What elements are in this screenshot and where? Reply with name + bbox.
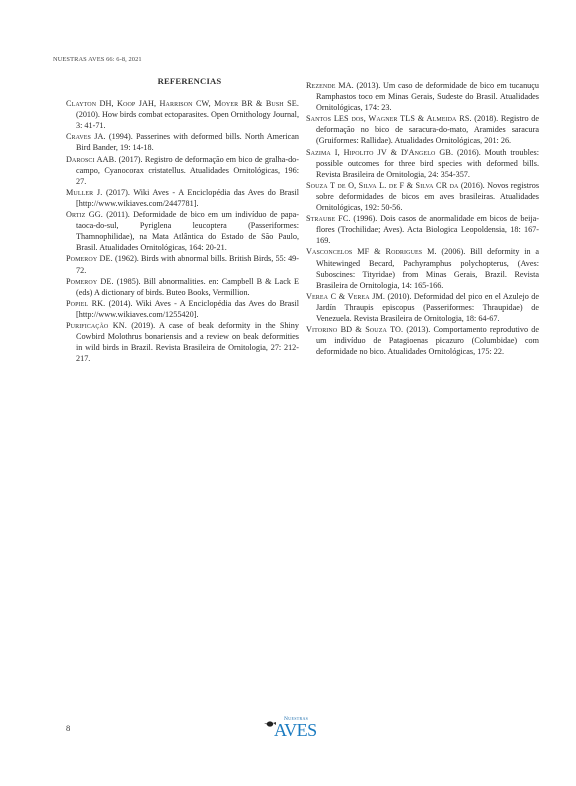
reference-entry: Pomeroy DE. (1962). Birds with abnormal …	[66, 253, 299, 275]
reference-authors: Santos LES dos, Wagner TLS & Almeida RS.	[306, 114, 472, 123]
reference-text: (2017). Wiki Aves - A Enciclopédia das A…	[76, 188, 299, 208]
reference-entry: Verea C & Verea JM. (2010). Deformidad d…	[306, 291, 539, 324]
reference-authors: Purificação KN.	[66, 321, 127, 330]
reference-entry: Vasconcelos MF & Rodrigues M. (2006). Bi…	[306, 246, 539, 290]
reference-authors: Verea C & Verea JM.	[306, 292, 385, 301]
reference-entry: Craves JA. (1994). Passerines with defor…	[66, 131, 299, 153]
reference-entry: Sazima I, Hipolito JV & D'Angelo GB. (20…	[306, 147, 539, 180]
reference-authors: Darosci AAB.	[66, 155, 116, 164]
reference-entry: Pomeroy DE. (1985). Bill abnormalities. …	[66, 276, 299, 298]
reference-text: (2014). Wiki Aves - A Enciclopédia das A…	[76, 299, 299, 319]
reference-entry: Santos LES dos, Wagner TLS & Almeida RS.…	[306, 113, 539, 146]
reference-authors: Sazima I, Hipolito JV & D'Angelo GB.	[306, 148, 453, 157]
reference-entry: Straube FC. (1996). Dois casos de anorma…	[306, 213, 539, 246]
logo-aves-text: AVES	[274, 720, 317, 741]
reference-authors: Straube FC.	[306, 214, 351, 223]
reference-text: (1994). Passerines with deformed bills. …	[76, 132, 299, 152]
reference-list-left: Clayton DH, Koop JAH, Harrison CW, Moyer…	[66, 98, 299, 364]
section-heading: REFERENCIAS	[66, 76, 299, 87]
reference-authors: Pomeroy DE.	[66, 254, 113, 263]
reference-authors: Souza T de O, Silva L. de F & Silva CR d…	[306, 181, 459, 190]
reference-text: (2011). Deformidade de bico em um indiví…	[76, 210, 299, 252]
reference-entry: Ortiz GG. (2011). Deformidade de bico em…	[66, 209, 299, 253]
references-column-left: REFERENCIAS Clayton DH, Koop JAH, Harris…	[66, 76, 299, 364]
reference-text: (2010). How birds combat ectoparasites. …	[76, 110, 299, 130]
page-number: 8	[66, 723, 70, 733]
reference-entry: Rezende MA. (2013). Um caso de deformida…	[306, 80, 539, 113]
reference-authors: Rezende MA.	[306, 81, 354, 90]
reference-authors: Pomeroy DE.	[66, 277, 114, 286]
reference-authors: Craves JA.	[66, 132, 106, 141]
reference-entry: Clayton DH, Koop JAH, Harrison CW, Moyer…	[66, 98, 299, 131]
reference-entry: Purificação KN. (2019). A case of beak d…	[66, 320, 299, 364]
references-column-right: Rezende MA. (2013). Um caso de deformida…	[306, 80, 539, 357]
reference-entry: Souza T de O, Silva L. de F & Silva CR d…	[306, 180, 539, 213]
reference-authors: Popiel RK.	[66, 299, 105, 308]
reference-authors: Vitorino BD & Souza TO.	[306, 325, 403, 334]
reference-authors: Vasconcelos MF & Rodrigues M.	[306, 247, 437, 256]
reference-authors: Clayton DH, Koop JAH, Harrison CW, Moyer…	[66, 99, 299, 108]
reference-list-right: Rezende MA. (2013). Um caso de deformida…	[306, 80, 539, 357]
reference-entry: Vitorino BD & Souza TO. (2013). Comporta…	[306, 324, 539, 357]
reference-entry: Muller J. (2017). Wiki Aves - A Enciclop…	[66, 187, 299, 209]
reference-entry: Popiel RK. (2014). Wiki Aves - A Enciclo…	[66, 298, 299, 320]
nuestras-aves-logo: Nuestras AVES	[262, 716, 324, 746]
reference-authors: Ortiz GG.	[66, 210, 103, 219]
running-head: NUESTRAS AVES 66: 6-8, 2021	[53, 56, 142, 63]
reference-entry: Darosci AAB. (2017). Registro de deforma…	[66, 154, 299, 187]
reference-authors: Muller J.	[66, 188, 102, 197]
